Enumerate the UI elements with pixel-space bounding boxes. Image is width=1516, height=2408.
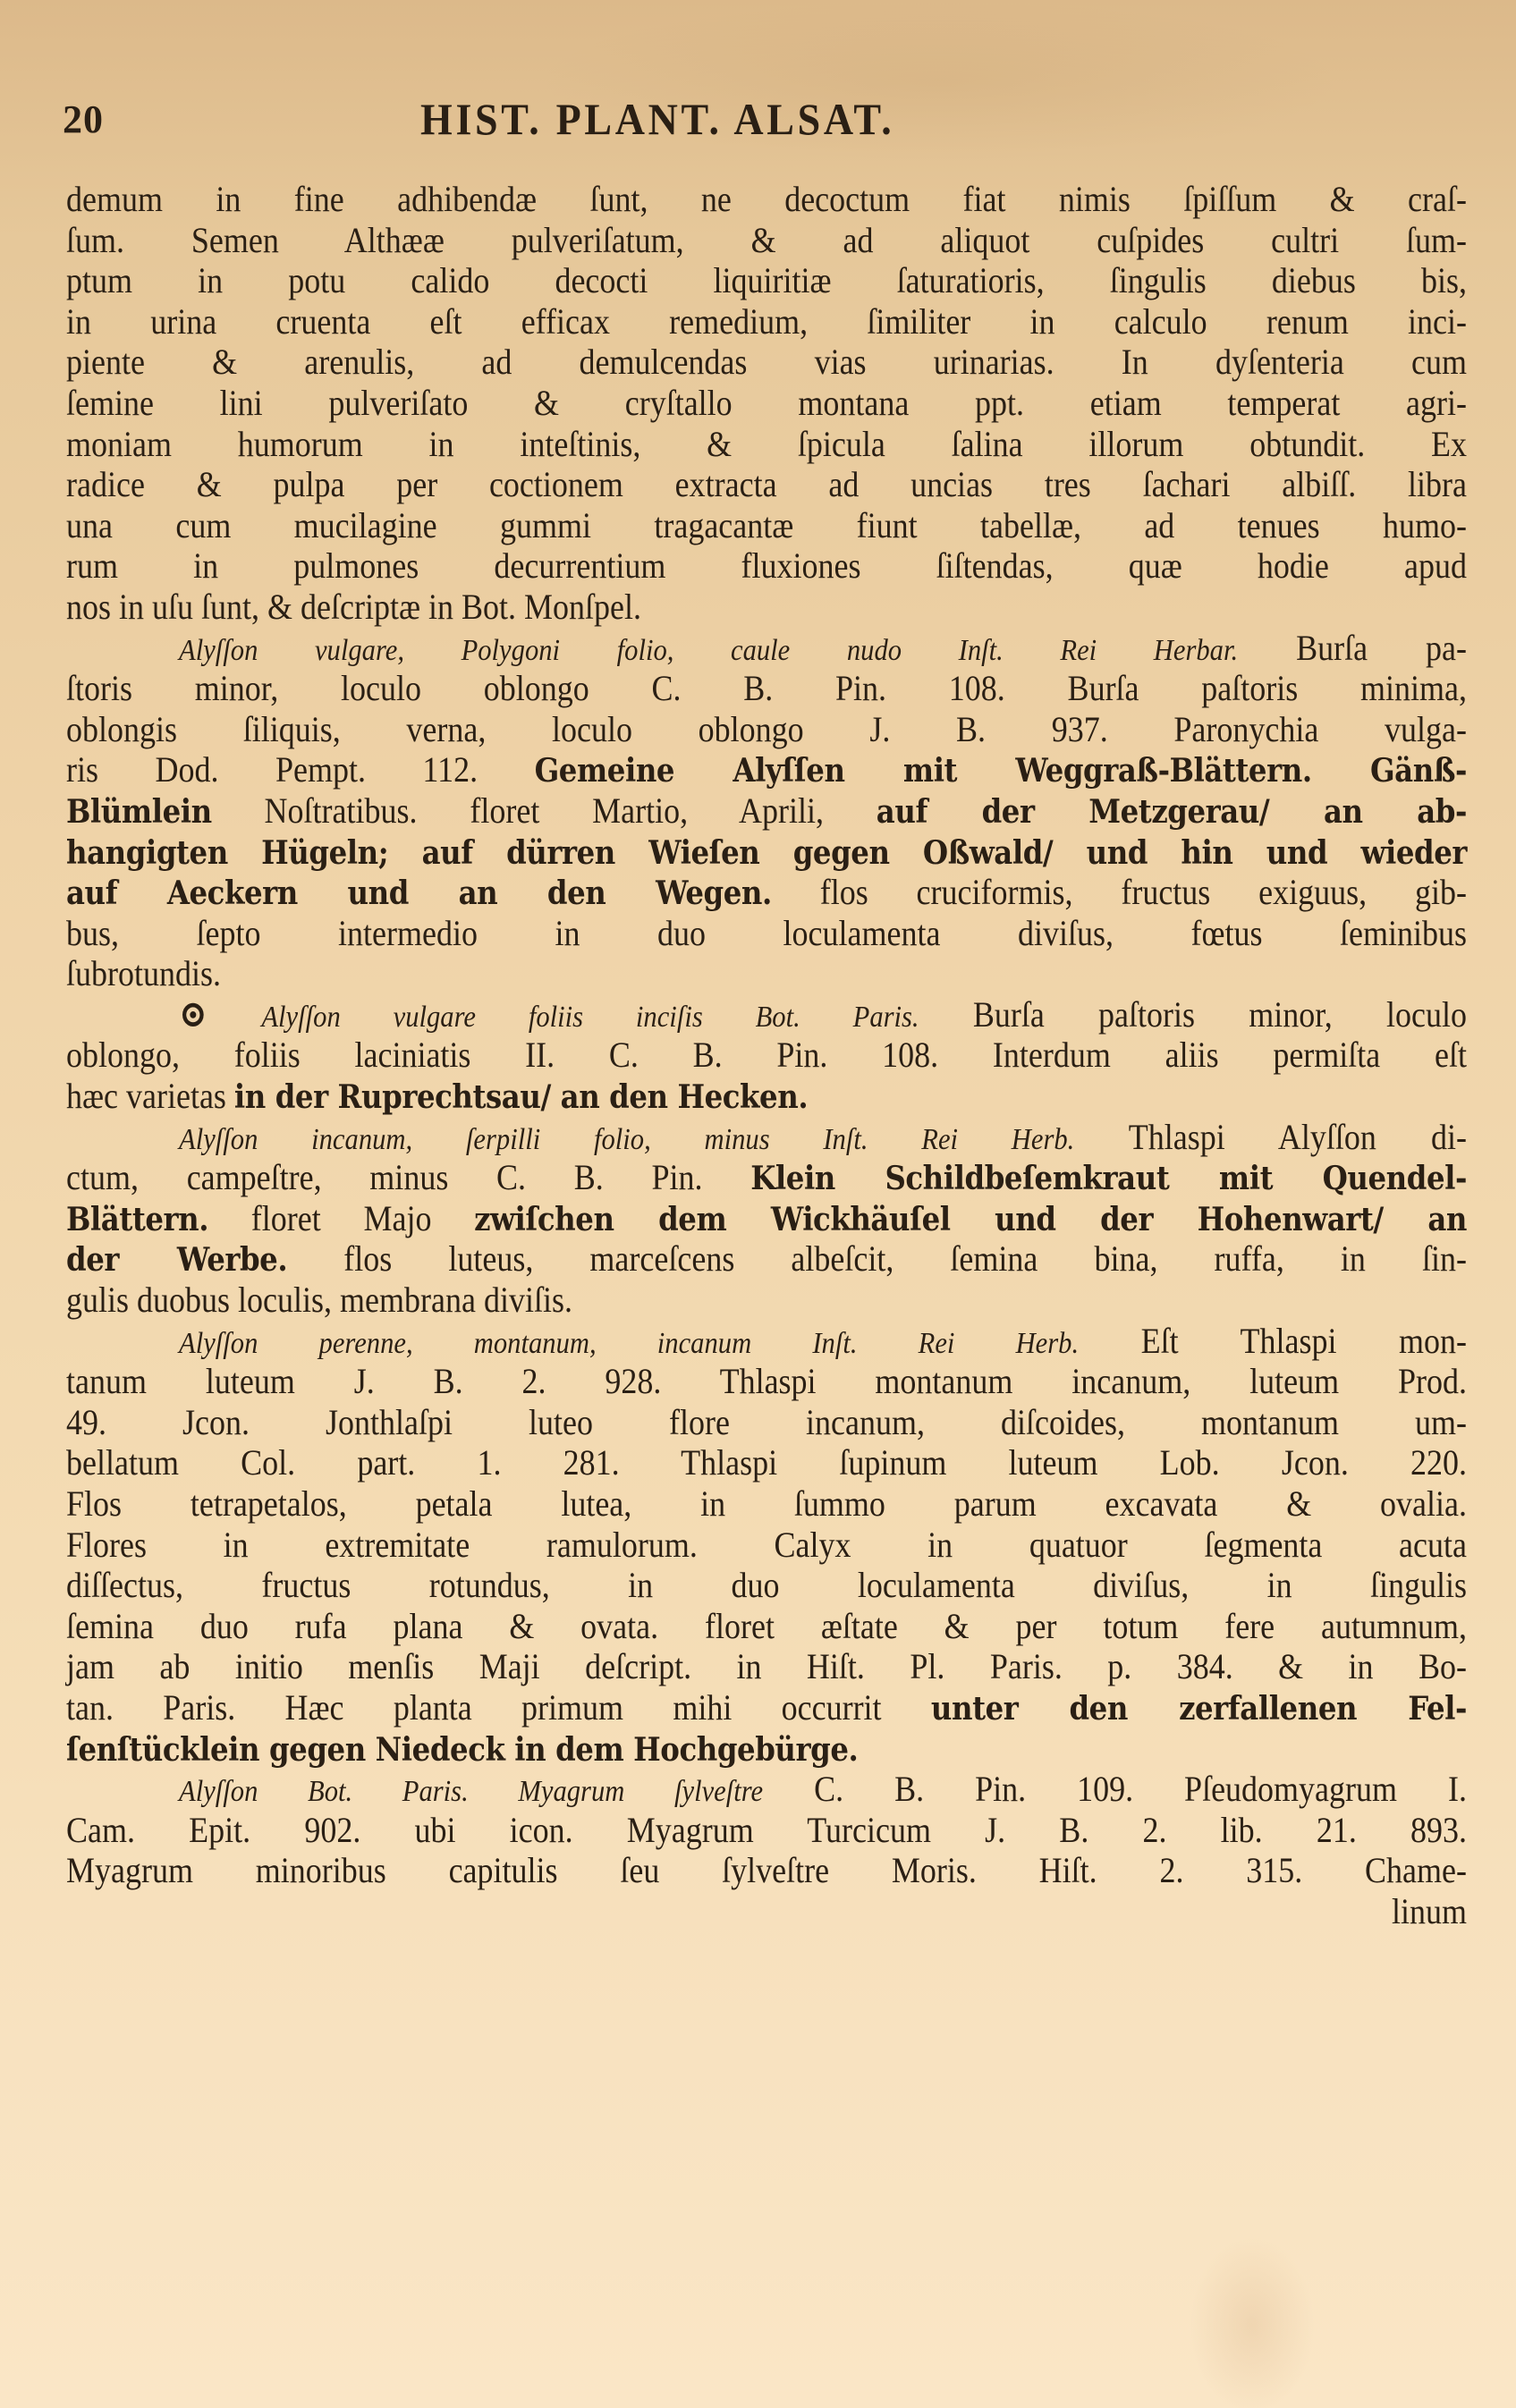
german-fraktur-text: ſenſtücklein gegen Niedeck in dem Hochge…: [66, 1731, 858, 1769]
italic-citation: Alyſſon perenne, montanum, incanum Inſt.…: [179, 1327, 1079, 1360]
text-line: in urina cruenta eſt efficax remedium, ſ…: [66, 301, 1467, 342]
running-title: HIST. PLANT. ALSAT.: [420, 93, 894, 145]
text-line: tan. Paris. Hæc planta primum mihi occur…: [66, 1687, 1467, 1728]
text-line: der Werbe. flos luteus, marceſcens albeſ…: [66, 1238, 1467, 1280]
paragraph: ⊙ Alyſſon vulgare foliis inciſis Bot. Pa…: [66, 994, 1467, 1117]
text-line: auf Aeckern und an den Wegen. flos cruci…: [66, 872, 1467, 913]
latin-text: Flos tetrapetalos, petala lutea, in ſumm…: [66, 1483, 1467, 1524]
latin-text: ris Dod. Pempt. 112.: [66, 749, 535, 790]
text-line: ſenſtücklein gegen Niedeck in dem Hochge…: [66, 1728, 1467, 1770]
latin-text: ptum in potu calido decocti liquiritiæ ſ…: [66, 260, 1467, 300]
page-number: 20: [63, 97, 104, 142]
latin-text: jam ab initio menſis Maji deſcript. in H…: [66, 1646, 1467, 1686]
text-line: ſum. Semen Althææ pulveriſatum, & ad ali…: [66, 220, 1467, 261]
latin-text: ſubrotundis.: [66, 953, 221, 993]
text-line: radice & pulpa per coctionem extracta ad…: [66, 464, 1467, 505]
text-line: 49. Jcon. Jonthlaſpi luteo flore incanum…: [66, 1402, 1467, 1443]
text-line: gulis duobus loculis, membrana diviſis.: [66, 1280, 1467, 1321]
text-line: Myagrum minoribus capitulis ſeu ſylveſtr…: [66, 1850, 1467, 1891]
paragraph: Alyſſon incanum, ſerpilli folio, minus I…: [66, 1117, 1467, 1321]
german-fraktur-text: Blümlein: [66, 793, 212, 831]
text-line: rum in pulmones decurrentium fluxiones ſ…: [66, 545, 1467, 587]
latin-text: in urina cruenta eſt efficax remedium, ſ…: [66, 301, 1467, 342]
perennial-symbol-icon: ⊙: [179, 994, 261, 1035]
german-fraktur-text: auf der Metzgerau/ an ab-: [877, 793, 1467, 831]
text-line: una cum mucilagine gummi tragacantæ fiun…: [66, 505, 1467, 546]
latin-text: nos in uſu ſunt, & deſcriptæ in Bot. Mon…: [66, 587, 641, 627]
italic-citation: Alyſſon incanum, ſerpilli folio, minus I…: [179, 1123, 1074, 1156]
german-fraktur-text: Blättern.: [66, 1201, 208, 1238]
text-line: demum in fine adhibendæ ſunt, ne decoctu…: [66, 179, 1467, 220]
latin-text: Burſa pa-: [1238, 628, 1467, 668]
german-fraktur-text: in der Ruprechtsau/ an den Hecken.: [234, 1078, 808, 1116]
latin-text: Noſtratibus. floret Martio, Aprili,: [212, 790, 877, 831]
latin-text: demum in fine adhibendæ ſunt, ne decoctu…: [66, 179, 1467, 219]
latin-text: diſſectus, fructus rotundus, in duo locu…: [66, 1565, 1467, 1605]
text-line: Flores in extremitate ramulorum. Calyx i…: [66, 1525, 1467, 1566]
paragraph: demum in fine adhibendæ ſunt, ne decoctu…: [66, 179, 1467, 628]
german-fraktur-text: Klein Schildbeſemkraut mit Quendel-: [750, 1160, 1467, 1197]
latin-text: Myagrum minoribus capitulis ſeu ſylveſtr…: [66, 1850, 1467, 1890]
latin-text: una cum mucilagine gummi tragacantæ fiun…: [66, 505, 1467, 545]
latin-text: radice & pulpa per coctionem extracta ad…: [66, 464, 1467, 504]
text-line: ris Dod. Pempt. 112. Gemeine Alyſſen mit…: [66, 749, 1467, 790]
latin-text: rum in pulmones decurrentium fluxiones ſ…: [66, 545, 1467, 586]
italic-citation: Alyſſon vulgare foliis inciſis Bot. Pari…: [261, 1001, 919, 1034]
latin-text: bellatum Col. part. 1. 281. Thlaspi ſupi…: [66, 1442, 1467, 1483]
text-line: Blümlein Noſtratibus. floret Martio, Apr…: [66, 790, 1467, 832]
german-fraktur-text: der Werbe.: [66, 1241, 287, 1279]
text-line: hangigten Hügeln; auf dürren Wieſen gege…: [66, 832, 1467, 873]
text-line: ſemine lini pulveriſato & cryſtallo mont…: [66, 383, 1467, 424]
body-text: demum in fine adhibendæ ſunt, ne decoctu…: [66, 179, 1467, 1932]
latin-text: tan. Paris. Hæc planta primum mihi occur…: [66, 1687, 931, 1728]
text-line: ⊙ Alyſſon vulgare foliis inciſis Bot. Pa…: [66, 994, 1467, 1035]
text-line: diſſectus, fructus rotundus, in duo locu…: [66, 1565, 1467, 1606]
catchword: linum: [66, 1891, 1467, 1932]
paper-stain: [1190, 2235, 1315, 2408]
latin-text: ſemina duo rufa plana & ovata. floret æſ…: [66, 1606, 1467, 1646]
text-line: hæc varietas in der Ruprechtsau/ an den …: [66, 1076, 1467, 1117]
text-line: ctum, campeſtre, minus C. B. Pin. Klein …: [66, 1157, 1467, 1198]
latin-text: ſum. Semen Althææ pulveriſatum, & ad ali…: [66, 220, 1467, 260]
text-line: Alyſſon vulgare, Polygoni folio, caule n…: [66, 628, 1467, 669]
text-line: Flos tetrapetalos, petala lutea, in ſumm…: [66, 1483, 1467, 1525]
german-fraktur-text: zwiſchen dem Wickhäuſel und der Hohenwar…: [474, 1201, 1467, 1238]
latin-text: Flores in extremitate ramulorum. Calyx i…: [66, 1525, 1467, 1565]
german-fraktur-text: Gemeine Alyſſen mit Weggraß-Blättern. Gä…: [535, 752, 1467, 790]
text-line: ſubrotundis.: [66, 953, 1467, 994]
text-line: bus, ſepto intermedio in duo loculamenta…: [66, 913, 1467, 954]
paragraph: Alyſſon Bot. Paris. Myagrum ſylveſtre C.…: [66, 1769, 1467, 1891]
latin-text: ctum, campeſtre, minus C. B. Pin.: [66, 1157, 750, 1197]
text-line: ptum in potu calido decocti liquiritiæ ſ…: [66, 260, 1467, 301]
paragraph: Alyſſon perenne, montanum, incanum Inſt.…: [66, 1321, 1467, 1770]
paragraph: Alyſſon vulgare, Polygoni folio, caule n…: [66, 628, 1467, 994]
text-line: oblongis ſiliquis, verna, loculo oblongo…: [66, 709, 1467, 750]
latin-text: moniam humorum in inteſtinis, & ſpicula …: [66, 424, 1467, 464]
text-line: oblongo, foliis laciniatis II. C. B. Pin…: [66, 1035, 1467, 1076]
latin-text: floret Majo: [208, 1198, 474, 1238]
german-fraktur-text: unter den zerfallenen Fel-: [931, 1690, 1467, 1728]
german-fraktur-text: auf Aeckern und an den Wegen.: [66, 874, 772, 912]
text-line: ſtoris minor, loculo oblongo C. B. Pin. …: [66, 668, 1467, 709]
latin-text: oblongis ſiliquis, verna, loculo oblongo…: [66, 709, 1467, 749]
italic-citation: Alyſſon Bot. Paris. Myagrum ſylveſtre: [179, 1775, 763, 1808]
book-page: 20 HIST. PLANT. ALSAT. demum in fine adh…: [0, 0, 1516, 2408]
latin-text: flos cruciformis, fructus exiguus, gib-: [772, 872, 1467, 912]
text-line: Alyſſon incanum, ſerpilli folio, minus I…: [66, 1117, 1467, 1158]
latin-text: flos luteus, marceſcens albeſcit, ſemina…: [287, 1238, 1467, 1279]
catchword-text: linum: [1392, 1891, 1467, 1931]
latin-text: piente & arenulis, ad demulcendas vias u…: [66, 342, 1467, 382]
text-line: tanum luteum J. B. 2. 928. Thlaspi monta…: [66, 1361, 1467, 1402]
text-line: jam ab initio menſis Maji deſcript. in H…: [66, 1646, 1467, 1687]
latin-text: ſemine lini pulveriſato & cryſtallo mont…: [66, 383, 1467, 423]
text-line: nos in uſu ſunt, & deſcriptæ in Bot. Mon…: [66, 587, 1467, 628]
italic-citation: Alyſſon vulgare, Polygoni folio, caule n…: [179, 634, 1238, 667]
text-line: Cam. Epit. 902. ubi icon. Myagrum Turcic…: [66, 1810, 1467, 1851]
latin-text: ſtoris minor, loculo oblongo C. B. Pin. …: [66, 668, 1467, 708]
latin-text: Eſt Thlaspi mon-: [1079, 1321, 1467, 1361]
text-line: Alyſſon perenne, montanum, incanum Inſt.…: [66, 1321, 1467, 1362]
latin-text: Cam. Epit. 902. ubi icon. Myagrum Turcic…: [66, 1810, 1467, 1850]
latin-text: tanum luteum J. B. 2. 928. Thlaspi monta…: [66, 1361, 1467, 1401]
text-line: Alyſſon Bot. Paris. Myagrum ſylveſtre C.…: [66, 1769, 1467, 1810]
german-fraktur-text: hangigten Hügeln; auf dürren Wieſen gege…: [66, 834, 1467, 872]
text-line: Blättern. floret Majo zwiſchen dem Wickh…: [66, 1198, 1467, 1239]
text-line: ſemina duo rufa plana & ovata. floret æſ…: [66, 1606, 1467, 1647]
latin-text: hæc varietas: [66, 1076, 234, 1116]
text-line: bellatum Col. part. 1. 281. Thlaspi ſupi…: [66, 1442, 1467, 1483]
latin-text: 49. Jcon. Jonthlaſpi luteo flore incanum…: [66, 1402, 1467, 1442]
latin-text: Thlaspi Alyſſon di-: [1074, 1117, 1467, 1157]
text-line: moniam humorum in inteſtinis, & ſpicula …: [66, 424, 1467, 465]
latin-text: C. B. Pin. 109. Pſeudomyagrum I.: [763, 1769, 1467, 1809]
latin-text: gulis duobus loculis, membrana diviſis.: [66, 1280, 572, 1320]
page-header: 20 HIST. PLANT. ALSAT.: [63, 97, 1458, 150]
latin-text: Burſa paſtoris minor, loculo: [919, 994, 1467, 1035]
latin-text: oblongo, foliis laciniatis II. C. B. Pin…: [66, 1035, 1467, 1075]
latin-text: bus, ſepto intermedio in duo loculamenta…: [66, 913, 1467, 953]
text-line: piente & arenulis, ad demulcendas vias u…: [66, 342, 1467, 383]
